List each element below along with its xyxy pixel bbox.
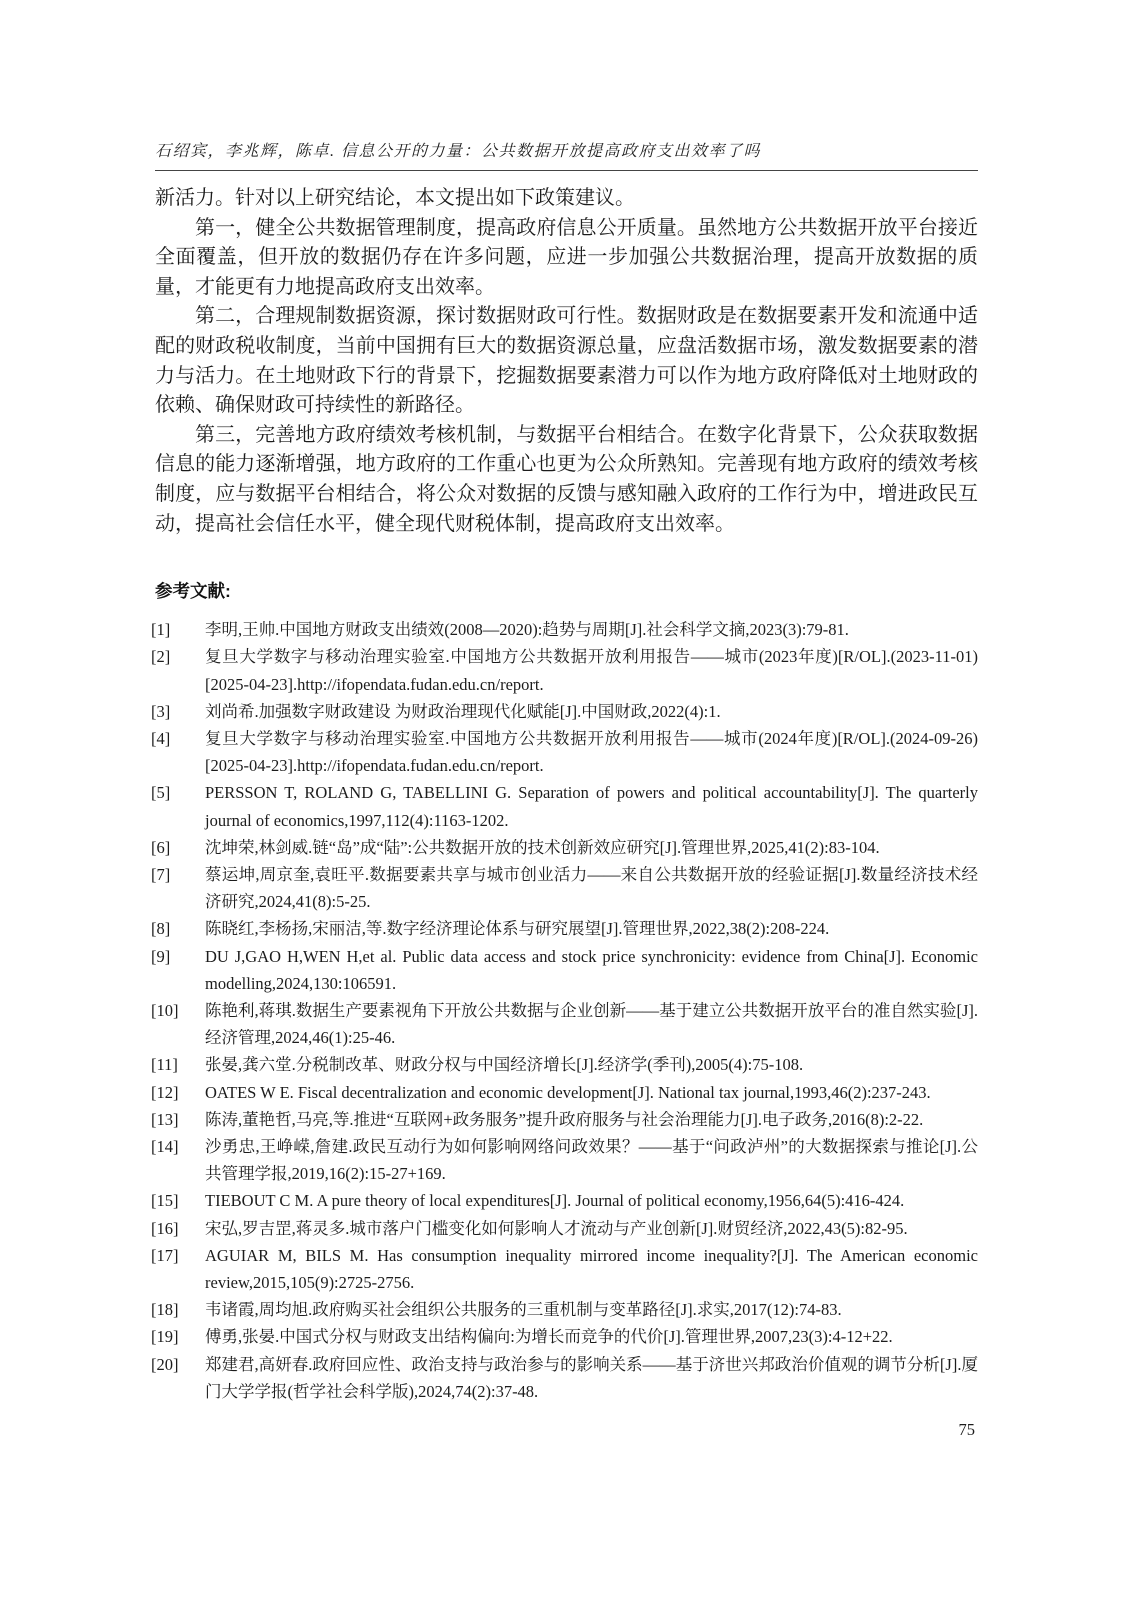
reference-number: [15]	[151, 1187, 179, 1214]
reference-item: [19]傅勇,张晏.中国式分权与财政支出结构偏向:为增长而竞争的代价[J].管理…	[155, 1323, 978, 1350]
reference-item: [10]陈艳利,蒋琪.数据生产要素视角下开放公共数据与企业创新——基于建立公共数…	[155, 997, 978, 1051]
reference-item: [3]刘尚希.加强数字财政建设 为财政治理现代化赋能[J].中国财政,2022(…	[155, 698, 978, 725]
body-paragraph: 第二，合理规制数据资源，探讨数据财政可行性。数据财政是在数据要素开发和流通中适配…	[155, 302, 978, 420]
reference-text: 李明,王帅.中国地方财政支出绩效(2008—2020):趋势与周期[J].社会科…	[205, 620, 849, 639]
reference-number: [12]	[151, 1079, 179, 1106]
reference-text: OATES W E. Fiscal decentralization and e…	[205, 1083, 931, 1102]
reference-item: [20]郑建君,高妍春.政府回应性、政治支持与政治参与的影响关系——基于济世兴邦…	[155, 1351, 978, 1405]
reference-number: [16]	[151, 1215, 179, 1242]
reference-number: [9]	[151, 943, 170, 970]
reference-number: [11]	[151, 1051, 178, 1078]
body-paragraph: 新活力。针对以上研究结论，本文提出如下政策建议。	[155, 184, 978, 214]
body-paragraphs: 新活力。针对以上研究结论，本文提出如下政策建议。第一，健全公共数据管理制度，提高…	[155, 184, 978, 539]
reference-text: 沙勇忠,王峥嵘,詹建.政民互动行为如何影响网络问政效果？——基于“问政泸州”的大…	[205, 1137, 978, 1183]
reference-text: 沈坤荣,林剑威.链“岛”成“陆”:公共数据开放的技术创新效应研究[J].管理世界…	[205, 838, 880, 857]
reference-number: [10]	[151, 997, 179, 1024]
reference-text: 陈晓红,李杨扬,宋丽洁,等.数字经济理论体系与研究展望[J].管理世界,2022…	[205, 919, 829, 938]
reference-text: 郑建君,高妍春.政府回应性、政治支持与政治参与的影响关系——基于济世兴邦政治价值…	[205, 1355, 978, 1401]
reference-item: [1]李明,王帅.中国地方财政支出绩效(2008—2020):趋势与周期[J].…	[155, 616, 978, 643]
references-list: [1]李明,王帅.中国地方财政支出绩效(2008—2020):趋势与周期[J].…	[155, 616, 978, 1405]
reference-item: [7]蔡运坤,周京奎,袁旺平.数据要素共享与城市创业活力——来自公共数据开放的经…	[155, 861, 978, 915]
references-heading: 参考文献:	[155, 578, 978, 603]
reference-text: 刘尚希.加强数字财政建设 为财政治理现代化赋能[J].中国财政,2022(4):…	[205, 702, 721, 721]
body-paragraph: 第一，健全公共数据管理制度，提高政府信息公开质量。虽然地方公共数据开放平台接近全…	[155, 214, 978, 303]
reference-text: 张晏,龚六堂.分税制改革、财政分权与中国经济增长[J].经济学(季刊),2005…	[205, 1055, 803, 1074]
reference-number: [19]	[151, 1323, 179, 1350]
reference-number: [2]	[151, 643, 170, 670]
reference-text: PERSSON T, ROLAND G, TABELLINI G. Separa…	[205, 783, 978, 829]
reference-item: [12]OATES W E. Fiscal decentralization a…	[155, 1079, 978, 1106]
reference-item: [14]沙勇忠,王峥嵘,詹建.政民互动行为如何影响网络问政效果？——基于“问政泸…	[155, 1133, 978, 1187]
reference-text: TIEBOUT C M. A pure theory of local expe…	[205, 1191, 904, 1210]
reference-item: [15]TIEBOUT C M. A pure theory of local …	[155, 1187, 978, 1214]
reference-number: [6]	[151, 834, 170, 861]
reference-item: [18]韦诸霞,周均旭.政府购买社会组织公共服务的三重机制与变革路径[J].求实…	[155, 1296, 978, 1323]
reference-number: [18]	[151, 1296, 179, 1323]
reference-text: AGUIAR M, BILS M. Has consumption inequa…	[205, 1246, 978, 1292]
reference-item: [11]张晏,龚六堂.分税制改革、财政分权与中国经济增长[J].经济学(季刊),…	[155, 1051, 978, 1078]
reference-number: [1]	[151, 616, 170, 643]
reference-item: [2]复旦大学数字与移动治理实验室.中国地方公共数据开放利用报告——城市(202…	[155, 643, 978, 697]
reference-number: [5]	[151, 779, 170, 806]
reference-number: [20]	[151, 1351, 179, 1378]
reference-item: [16]宋弘,罗吉罡,蒋灵多.城市落户门槛变化如何影响人才流动与产业创新[J].…	[155, 1215, 978, 1242]
reference-text: 宋弘,罗吉罡,蒋灵多.城市落户门槛变化如何影响人才流动与产业创新[J].财贸经济…	[205, 1219, 908, 1238]
paper-page: 石绍宾，李兆辉，陈卓. 信息公开的力量：公共数据开放提高政府支出效率了吗 新活力…	[0, 0, 1140, 1600]
reference-number: [4]	[151, 725, 170, 752]
reference-item: [13]陈涛,董艳哲,马亮,等.推进“互联网+政务服务”提升政府服务与社会治理能…	[155, 1106, 978, 1133]
body-paragraph: 第三，完善地方政府绩效考核机制，与数据平台相结合。在数字化背景下，公众获取数据信…	[155, 421, 978, 539]
reference-item: [5]PERSSON T, ROLAND G, TABELLINI G. Sep…	[155, 779, 978, 833]
reference-item: [9]DU J,GAO H,WEN H,et al. Public data a…	[155, 943, 978, 997]
reference-text: 复旦大学数字与移动治理实验室.中国地方公共数据开放利用报告——城市(2023年度…	[205, 647, 978, 693]
reference-text: 陈涛,董艳哲,马亮,等.推进“互联网+政务服务”提升政府服务与社会治理能力[J]…	[205, 1110, 923, 1129]
reference-item: [8]陈晓红,李杨扬,宋丽洁,等.数字经济理论体系与研究展望[J].管理世界,2…	[155, 915, 978, 942]
reference-text: 复旦大学数字与移动治理实验室.中国地方公共数据开放利用报告——城市(2024年度…	[205, 729, 978, 775]
reference-number: [13]	[151, 1106, 179, 1133]
running-head: 石绍宾，李兆辉，陈卓. 信息公开的力量：公共数据开放提高政府支出效率了吗	[155, 138, 978, 171]
reference-number: [3]	[151, 698, 170, 725]
reference-text: 傅勇,张晏.中国式分权与财政支出结构偏向:为增长而竞争的代价[J].管理世界,2…	[205, 1327, 893, 1346]
reference-text: DU J,GAO H,WEN H,et al. Public data acce…	[205, 947, 978, 993]
reference-text: 韦诸霞,周均旭.政府购买社会组织公共服务的三重机制与变革路径[J].求实,201…	[205, 1300, 842, 1319]
reference-item: [4]复旦大学数字与移动治理实验室.中国地方公共数据开放利用报告——城市(202…	[155, 725, 978, 779]
page-number: 75	[959, 1420, 976, 1440]
reference-number: [8]	[151, 915, 170, 942]
reference-number: [17]	[151, 1242, 179, 1269]
reference-text: 陈艳利,蒋琪.数据生产要素视角下开放公共数据与企业创新——基于建立公共数据开放平…	[205, 1001, 978, 1047]
reference-number: [14]	[151, 1133, 179, 1160]
page-content: 石绍宾，李兆辉，陈卓. 信息公开的力量：公共数据开放提高政府支出效率了吗 新活力…	[155, 138, 978, 1405]
reference-text: 蔡运坤,周京奎,袁旺平.数据要素共享与城市创业活力——来自公共数据开放的经验证据…	[205, 865, 978, 911]
reference-item: [17]AGUIAR M, BILS M. Has consumption in…	[155, 1242, 978, 1296]
reference-number: [7]	[151, 861, 170, 888]
reference-item: [6]沈坤荣,林剑威.链“岛”成“陆”:公共数据开放的技术创新效应研究[J].管…	[155, 834, 978, 861]
